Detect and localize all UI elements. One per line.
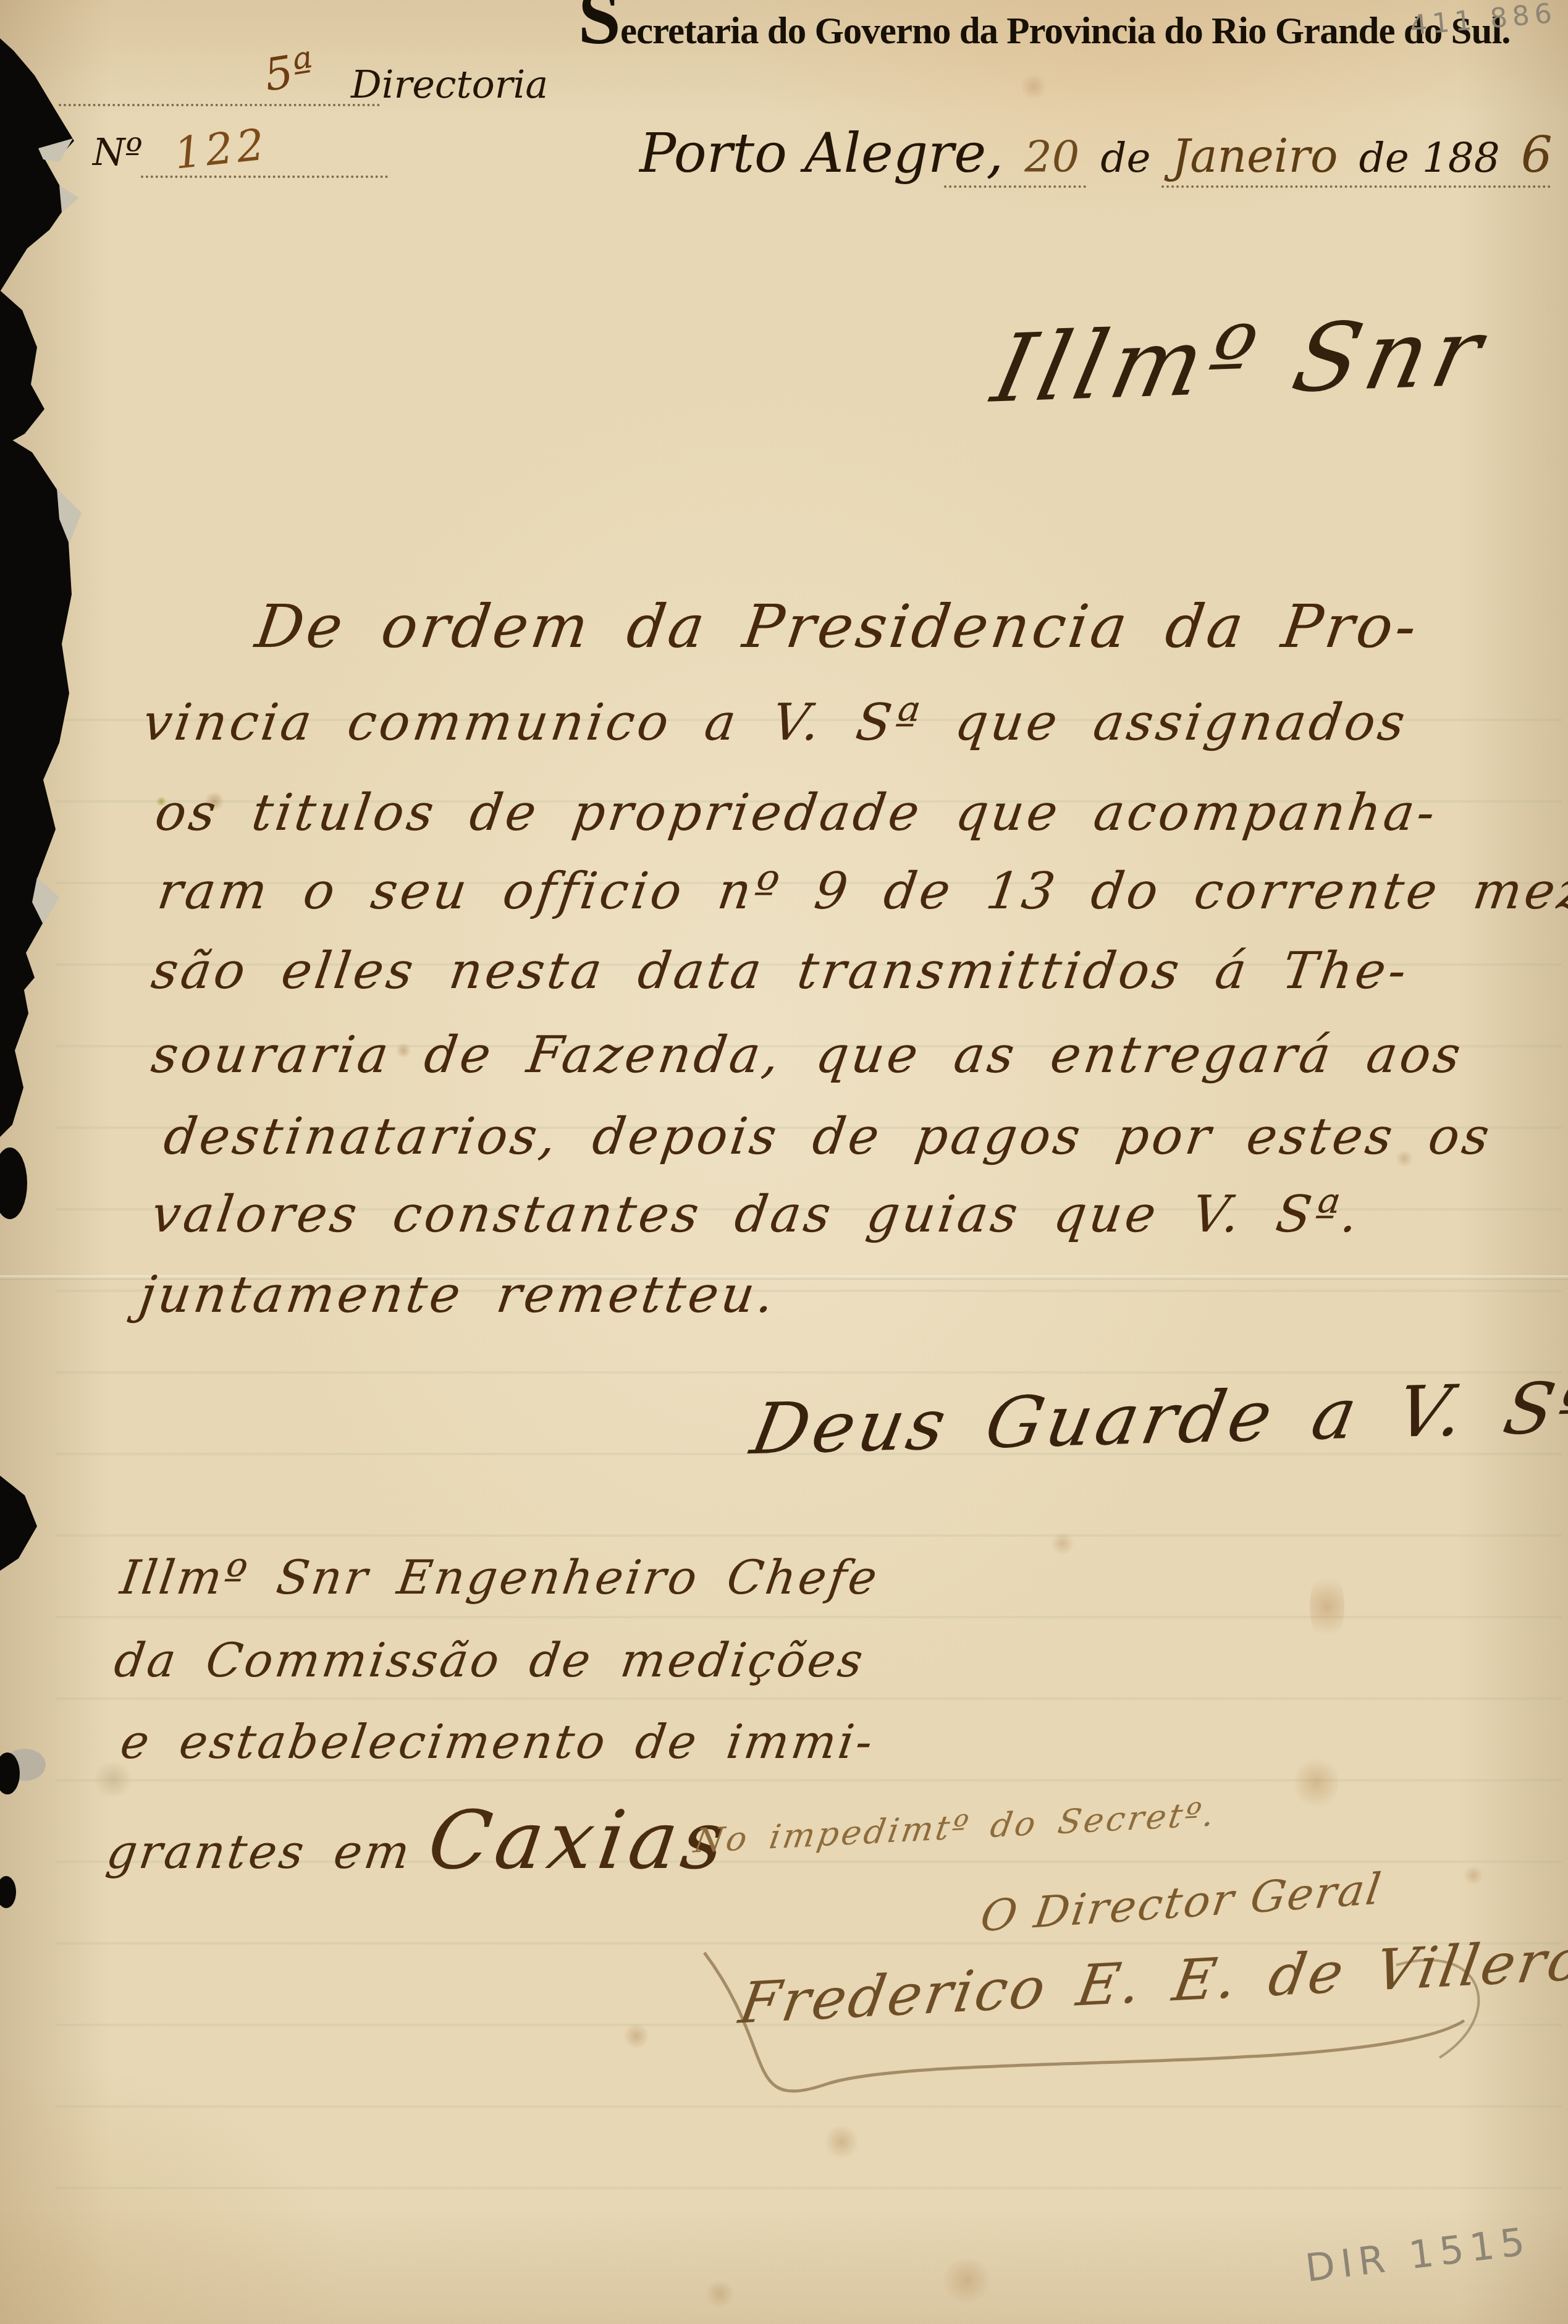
- body-line: são elles nesta data transmittidos á The…: [148, 942, 1413, 1000]
- salutation: Illmº Snr: [984, 297, 1497, 423]
- addressee-line: da Commissão de medições: [111, 1633, 869, 1688]
- document-number-value: 122: [172, 119, 270, 179]
- body-line: valores constantes das guias que V. Sª.: [148, 1185, 1365, 1244]
- dateline-de-year: de 188: [1359, 134, 1499, 182]
- addressee-line-prefix: grantes em: [103, 1824, 415, 1879]
- dotted-rule: [944, 185, 1086, 188]
- foxing-spot: [1295, 1755, 1338, 1811]
- addressee-line: Illmº Snr Engenheiro Chefe: [117, 1550, 883, 1605]
- body-line: ram o seu officio nº 9 de 13 do corrente…: [154, 862, 1568, 921]
- body-line: destinatarios, depois de pagos por estes…: [160, 1107, 1496, 1166]
- dotted-rule: [1161, 185, 1551, 188]
- signature-flourish: [667, 1928, 1532, 2126]
- addressee-line: grantes em Caxias: [102, 1793, 735, 1887]
- dotted-rule: [141, 175, 388, 178]
- torn-edge: [0, 0, 93, 2324]
- foxing-spot: [823, 2126, 860, 2158]
- foxing-spot: [1463, 1866, 1484, 1885]
- body-line: souraria de Fazenda, que as entregará ao…: [148, 1026, 1467, 1084]
- foxing-spot: [939, 2259, 995, 2302]
- addressee-line: e estabelecimento de immi-: [117, 1714, 879, 1769]
- addressee-place: Caxias: [423, 1793, 735, 1887]
- body-line: os titulos de propriedade que acompanha-: [151, 784, 1441, 842]
- dotted-rule: [59, 104, 380, 106]
- dateline-month: Janeiro: [1172, 130, 1338, 183]
- directorate-number-handwritten: 5ª: [261, 42, 318, 101]
- document-number-label: Nº: [93, 131, 143, 174]
- scanned-letter-page: { "header": { "directorate_value": "5ª",…: [0, 0, 1568, 2324]
- dateline: Porto Alegre, 20 de Janeiro de 188 6: [639, 121, 1553, 185]
- foxing-spot: [1310, 1570, 1344, 1644]
- foxing-spot: [704, 2280, 735, 2307]
- body-line: De ordem da Presidencia da Pro-: [251, 592, 1423, 661]
- dateline-place: Porto Alegre,: [639, 121, 1003, 185]
- foxing-spot: [1019, 74, 1048, 99]
- foxing-spot: [623, 2024, 650, 2048]
- directorate-label: Directoria: [351, 62, 548, 107]
- foxing-spot: [1050, 1532, 1075, 1555]
- body-line: vincia communico a V. Sª que assignados: [139, 693, 1411, 752]
- dateline-de: de: [1100, 134, 1150, 182]
- dateline-day: 20: [1024, 132, 1079, 182]
- body-line: juntamente remetteu.: [135, 1266, 780, 1324]
- dateline-year-digit: 6: [1521, 126, 1553, 184]
